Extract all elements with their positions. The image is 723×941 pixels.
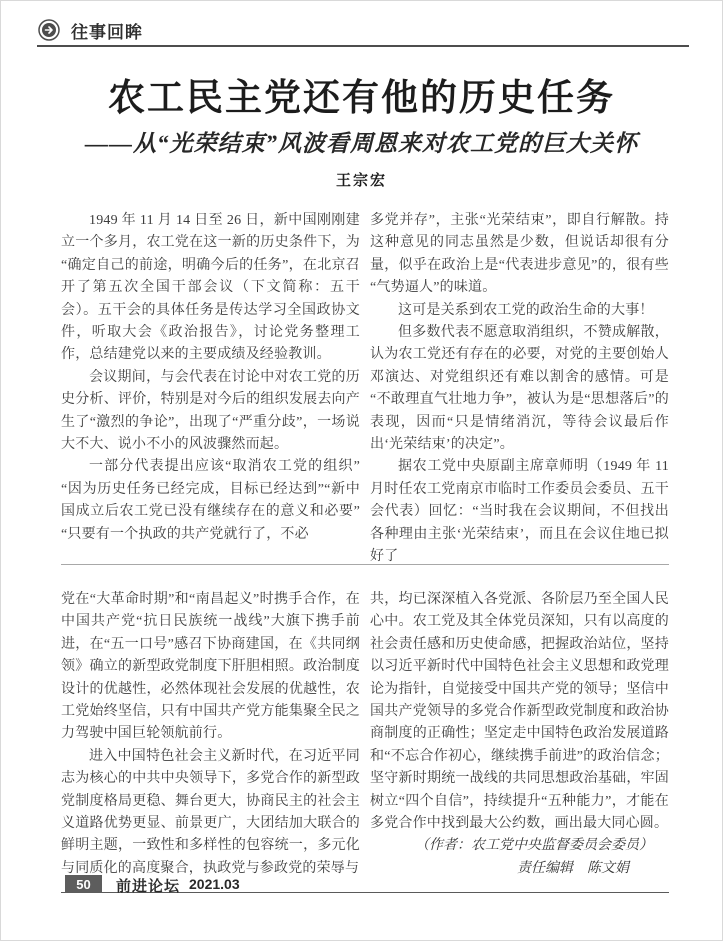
paragraph: 进入中国特色社会主义新时代，在习近平同志为核心的中共中央领导下，多党合作的新型政…: [61, 746, 360, 880]
lower-right-column: 共，均已深深植入各党派、各阶层乃至全国人民心中。农工党及其全体党员深知，只有以高…: [370, 589, 669, 867]
paragraph: 会议期间，与会代表在讨论中对农工党的历史分析、评价，特别是对今后的组织发展去向产…: [61, 367, 360, 457]
section-label: 往事回眸: [71, 18, 143, 43]
journal-name: 前进论坛: [116, 875, 180, 896]
upper-left-column: 1949 年 11 月 14 日至 26 日，新中国刚刚建立一个多月，农工党在这…: [61, 210, 360, 550]
section-header: 往事回眸: [38, 16, 688, 44]
upper-body: 1949 年 11 月 14 日至 26 日，新中国刚刚建立一个多月，农工党在这…: [61, 210, 669, 550]
article-author: 王宗宏: [1, 169, 722, 190]
paragraph: 但多数代表不愿意取消组织，不赞成解散，认为农工党还有存在的必要，对党的主要创始人…: [370, 322, 669, 456]
paragraph: 党在“大革命时期”和“南昌起义”时携手合作，在中国共产党“抗日民族统一战线”大旗…: [61, 589, 360, 746]
page-footer: 50 前进论坛 2021.03: [61, 875, 669, 894]
paragraph: 多党并存”，主张“光荣结束”，即自行解散。持这种意见的同志虽然是少数，但说话却很…: [370, 210, 669, 300]
circled-right-arrow-icon: [38, 19, 60, 41]
article-subtitle: ——从“光荣结束”风波看周恩来对农工党的巨大关怀: [1, 125, 722, 158]
paragraph: 1949 年 11 月 14 日至 26 日，新中国刚刚建立一个多月，农工党在这…: [61, 210, 360, 367]
paragraph: 这可是关系到农工党的政治生命的大事！: [370, 300, 669, 322]
author-note: （作者：农工党中央监督委员会委员）: [370, 835, 669, 857]
header-rule: [37, 45, 689, 47]
page-number-badge: 50: [65, 875, 102, 893]
paragraph: 一部分代表提出应该“取消农工党的组织”“因为历史任务已经完成，目标已经达到”“新…: [61, 456, 360, 546]
paragraph: 据农工党中央原副主席章师明（1949 年 11 月时任农工党南京市临时工作委员会…: [370, 456, 669, 568]
journal-issue: 2021.03: [189, 876, 240, 892]
paragraph: 共，均已深深植入各党派、各阶层乃至全国人民心中。农工党及其全体党员深知，只有以高…: [370, 589, 669, 835]
article-title: 农工民主党还有他的历史任务: [1, 67, 722, 121]
lower-body: 党在“大革命时期”和“南昌起义”时携手合作，在中国共产党“抗日民族统一战线”大旗…: [61, 589, 669, 867]
section-divider: [61, 564, 669, 565]
lower-left-column: 党在“大革命时期”和“南昌起义”时携手合作，在中国共产党“抗日民族统一战线”大旗…: [61, 589, 360, 867]
magazine-page: 往事回眸 农工民主党还有他的历史任务 ——从“光荣结束”风波看周恩来对农工党的巨…: [0, 0, 723, 941]
upper-right-column: 多党并存”，主张“光荣结束”，即自行解散。持这种意见的同志虽然是少数，但说话却很…: [370, 210, 669, 550]
